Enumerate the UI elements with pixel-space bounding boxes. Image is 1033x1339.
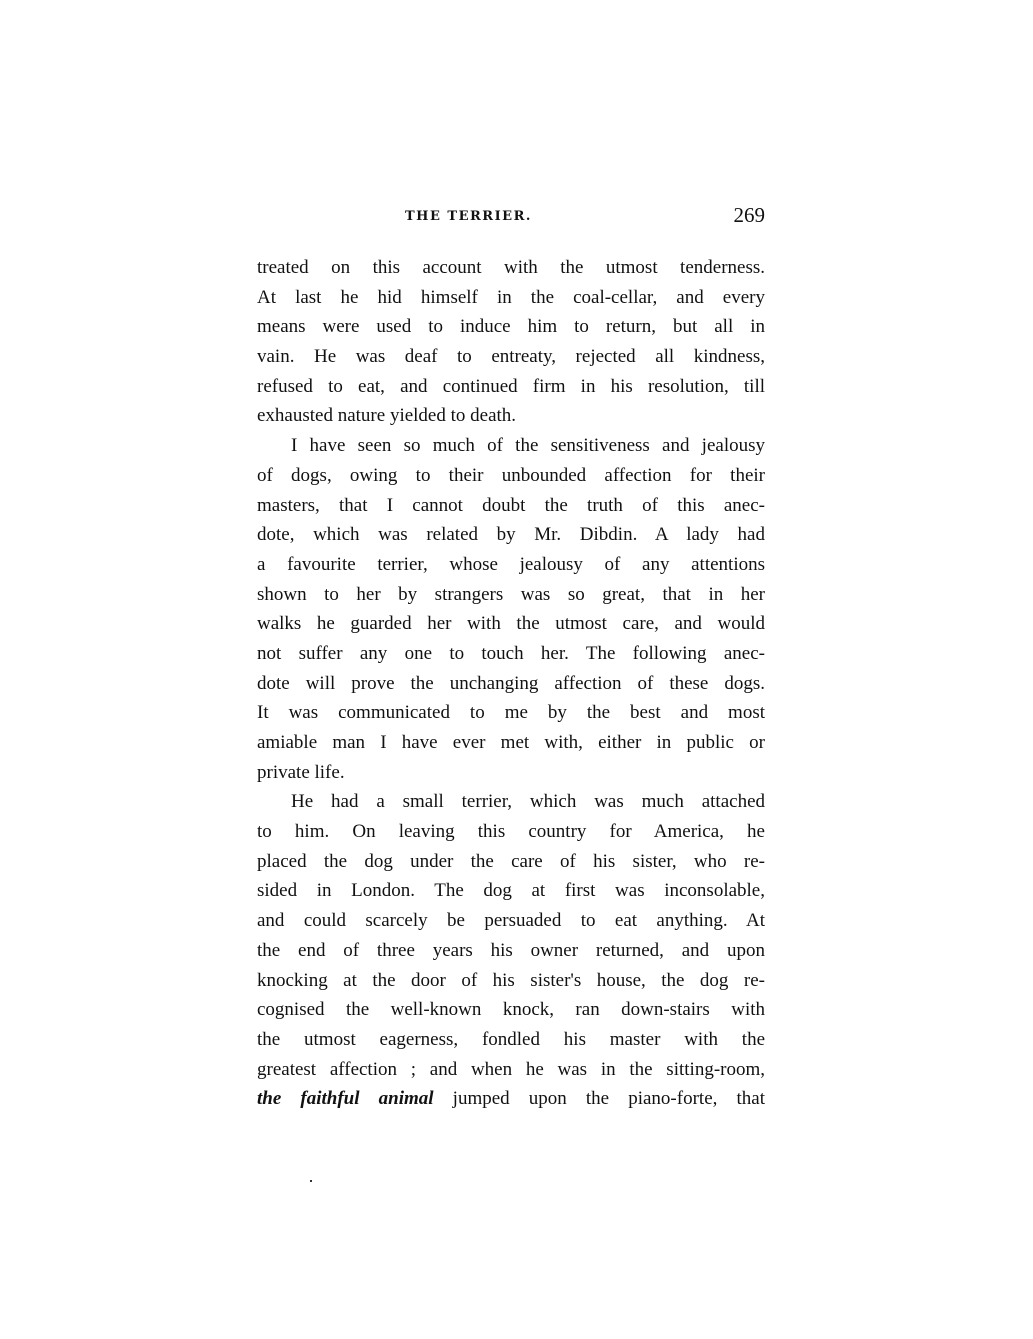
text-line: greatest affection ; and when he was in …: [257, 1055, 765, 1085]
text-line: means were used to induce him to return,…: [257, 312, 765, 342]
text-line: exhausted nature yielded to death.: [257, 401, 765, 431]
text-line: cognised the well-known knock, ran down-…: [257, 995, 765, 1025]
text-line: dote will prove the unchanging affection…: [257, 669, 765, 699]
body-text: treated on this account with the utmost …: [257, 253, 765, 1114]
text-line: masters, that I cannot doubt the truth o…: [257, 491, 765, 521]
text-line: amiable man I have ever met with, either…: [257, 728, 765, 758]
text-line: treated on this account with the utmost …: [257, 253, 765, 283]
text-line: of dogs, owing to their unbounded affect…: [257, 461, 765, 491]
italic-phrase: the faithful animal: [257, 1088, 434, 1109]
line-continuation: jumped upon the piano-forte, that: [434, 1088, 765, 1109]
text-line: walks he guarded her with the utmost car…: [257, 609, 765, 639]
text-line: the end of three years his owner returne…: [257, 936, 765, 966]
text-line: a favourite terrier, whose jealousy of a…: [257, 550, 765, 580]
chapter-title: THE TERRIER.: [405, 209, 532, 224]
scan-speck: [310, 1180, 312, 1182]
text-line-final: the faithful animal jumped upon the pian…: [257, 1084, 765, 1114]
text-line: At last he hid himself in the coal-cella…: [257, 283, 765, 313]
text-line: shown to her by strangers was so great, …: [257, 580, 765, 610]
text-line: placed the dog under the care of his sis…: [257, 847, 765, 877]
text-line: private life.: [257, 758, 765, 788]
text-line: I have seen so much of the sensitiveness…: [257, 431, 765, 461]
text-line: sided in London. The dog at first was in…: [257, 876, 765, 906]
text-line: not suffer any one to touch her. The fol…: [257, 639, 765, 669]
text-line: to him. On leaving this country for Amer…: [257, 817, 765, 847]
text-line: vain. He was deaf to entreaty, rejected …: [257, 342, 765, 372]
text-line: refused to eat, and continued firm in hi…: [257, 372, 765, 402]
text-line: dote, which was related by Mr. Dibdin. A…: [257, 520, 765, 550]
running-head: THE TERRIER. 269: [257, 203, 765, 233]
page-number: 269: [734, 203, 766, 228]
text-line: He had a small terrier, which was much a…: [257, 787, 765, 817]
text-line: and could scarcely be persuaded to eat a…: [257, 906, 765, 936]
text-line: It was communicated to me by the best an…: [257, 698, 765, 728]
text-line: knocking at the door of his sister's hou…: [257, 966, 765, 996]
text-line: the utmost eagerness, fondled his master…: [257, 1025, 765, 1055]
book-page: THE TERRIER. 269 treated on this account…: [0, 0, 1033, 1339]
